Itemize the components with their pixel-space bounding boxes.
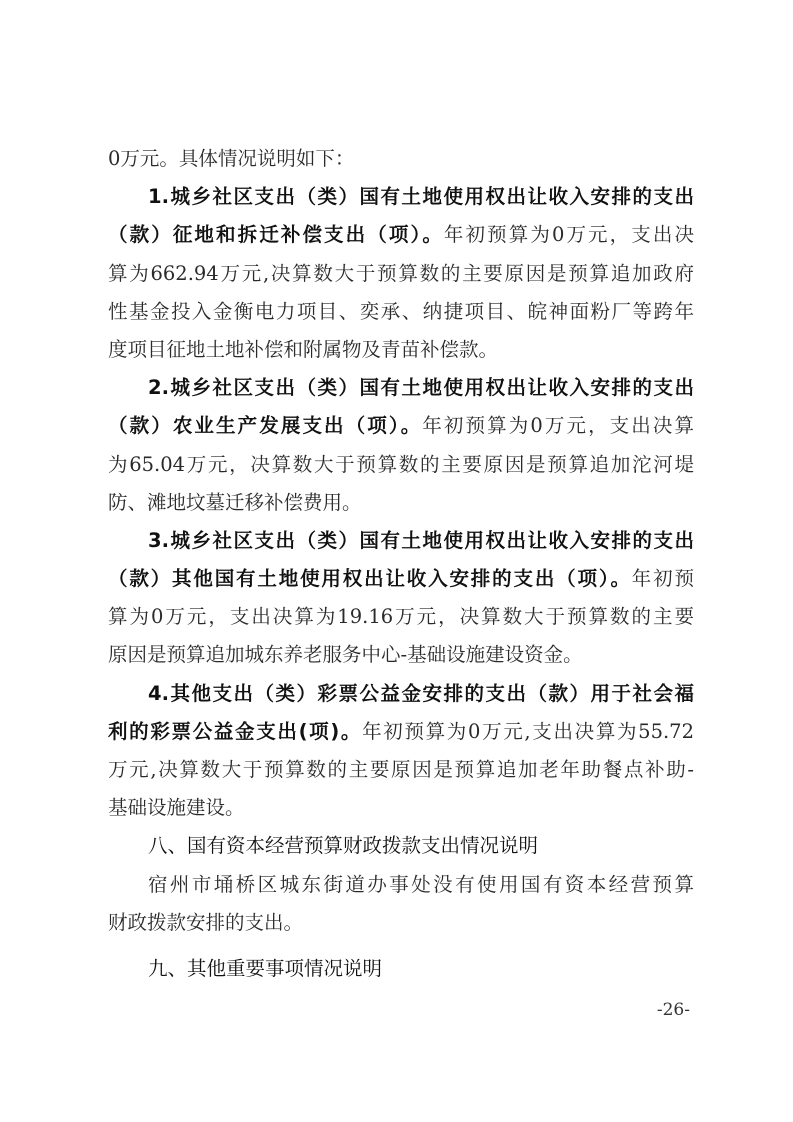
page-number: -26-	[657, 1000, 690, 1020]
item-3-title-line-1: 3.城乡社区支出（类）国有土地使用权出让收入安排的支出	[108, 522, 694, 560]
item-2-body-line: 防、滩地坟墓迁移补偿费用。	[108, 484, 694, 522]
section-8-body-line: 财政拨款安排的支出。	[108, 904, 694, 942]
item-1-body-line: 算为662.94万元,决算数大于预算数的主要原因是预算追加政府	[108, 255, 694, 293]
item-1-title-line-1: 1.城乡社区支出（类）国有土地使用权出让收入安排的支出	[108, 178, 694, 216]
item-3-body-line: 原因是预算追加城东养老服务中心-基础设施建设资金。	[108, 636, 694, 674]
item-1-body-line: 度项目征地土地补偿和附属物及青苗补偿款。	[108, 331, 694, 369]
item-2-title-line-2: （款）农业生产发展支出（项）。年初预算为0万元，支出决算	[108, 407, 694, 445]
intro-tail: 0万元。具体情况说明如下：	[108, 140, 694, 178]
item-4-title-line-2: 利的彩票公益金支出(项)。年初预算为0万元,支出决算为55.72	[108, 713, 694, 751]
item-1-body-line: 性基金投入金衡电力项目、奕承、纳捷项目、皖神面粉厂等跨年	[108, 293, 694, 331]
item-4-body-line: 基础设施建设。	[108, 789, 694, 827]
section-9-heading: 九、其他重要事项情况说明	[108, 950, 694, 988]
section-8-body-line: 宿州市埇桥区城东街道办事处没有使用国有资本经营预算	[108, 866, 694, 904]
item-3-body-line: 算为0万元，支出决算为19.16万元，决算数大于预算数的主要	[108, 598, 694, 636]
item-2-body-line: 为65.04万元，决算数大于预算数的主要原因是预算追加沱河堤	[108, 446, 694, 484]
section-8-heading: 八、国有资本经营预算财政拨款支出情况说明	[108, 827, 694, 865]
item-4-title-line-1: 4.其他支出（类）彩票公益金安排的支出（款）用于社会福	[108, 675, 694, 713]
item-2-title-line-1: 2.城乡社区支出（类）国有土地使用权出让收入安排的支出	[108, 369, 694, 407]
item-1-title-line-2: （款）征地和拆迁补偿支出（项）。年初预算为0万元，支出决	[108, 216, 694, 254]
item-3-title-line-2: （款）其他国有土地使用权出让收入安排的支出（项）。年初预	[108, 560, 694, 598]
document-page: 0万元。具体情况说明如下： 1.城乡社区支出（类）国有土地使用权出让收入安排的支…	[108, 140, 694, 988]
item-4-body-line: 万元,决算数大于预算数的主要原因是预算追加老年助餐点补助-	[108, 751, 694, 789]
